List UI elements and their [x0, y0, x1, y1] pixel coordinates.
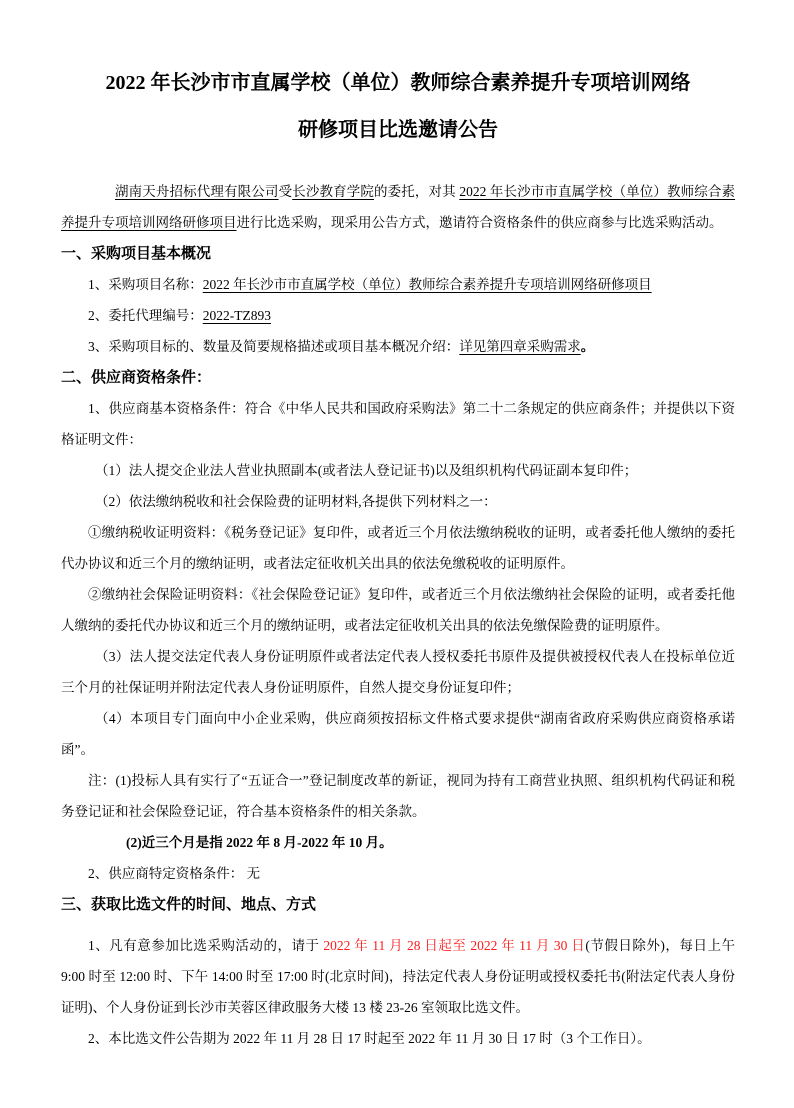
text-segment: 一、采购项目基本概况 — [61, 245, 211, 262]
text-segment: ①缴纳税收证明资料：《税务登记证》复印件，或者近三个月依法缴纳税收的证明，或者委… — [61, 525, 735, 571]
text-segment: ②缴纳社会保险证明资料：《社会保险登记证》复印件，或者近三个月依法缴纳社会保险的… — [61, 587, 735, 633]
paragraph: （1）法人提交企业法人营业执照副本(或者法人登记证书)以及组织机构代码证副本复印… — [61, 455, 735, 486]
text-segment: （4）本项目专门面向中小企业采购，供应商须按招标文件格式要求提供“湖南省政府采购… — [61, 711, 735, 757]
text-segment: （3）法人提交法定代表人身份证明原件或者法定代表人授权委托书原件及提供被授权代表… — [61, 649, 735, 695]
text-segment: 2022 年长沙市市直属学校（单位）教师综合素养提升专项培训网络 — [106, 72, 691, 94]
text-segment: 1、供应商基本资格条件：符合《中华人民共和国政府采购法》第二十二条规定的供应商条… — [61, 401, 735, 447]
text-segment: 三、获取比选文件的时间、地点、方式 — [61, 896, 316, 913]
text-segment: 二、供应商资格条件： — [61, 369, 211, 386]
document-title-line: 2022 年长沙市市直属学校（单位）教师综合素养提升专项培训网络 — [61, 60, 735, 107]
text-segment: 湖南天舟招标代理有限公司 — [115, 184, 279, 199]
paragraph: （3）法人提交法定代表人身份证明原件或者法定代表人授权委托书原件及提供被授权代表… — [61, 641, 735, 703]
text-segment: 受 — [279, 184, 293, 199]
text-segment: 。 — [581, 339, 595, 354]
section-heading: 二、供应商资格条件： — [61, 362, 735, 393]
text-segment: (2)近三个月是指 2022 年 8 月-2022 年 10 月。 — [126, 835, 393, 850]
text-segment: 2022 年长沙市市直属学校（单位）教师综合素养提升专项培训网络研修项目 — [203, 277, 652, 292]
paragraph: 3、采购项目标的、数量及简要规格描述或项目基本概况介绍：详见第四章采购需求。 — [61, 331, 735, 362]
paragraph: （4）本项目专门面向中小企业采购，供应商须按招标文件格式要求提供“湖南省政府采购… — [61, 703, 735, 765]
paragraph: 1、凡有意参加比选采购活动的，请于 2022 年 11 月 28 日起至 202… — [61, 930, 735, 1023]
text-segment: 2、供应商特定资格条件： 无 — [88, 866, 260, 881]
paragraph: 2、本比选文件公告期为 2022 年 11 月 28 日 17 时起至 2022… — [61, 1023, 735, 1054]
text-segment: 注：(1)投标人具有实行了“五证合一”登记制度改革的新证，视同为持有工商营业执照… — [61, 773, 735, 819]
text-segment: 2、委托代理编号： — [88, 308, 203, 323]
document-page: 2022 年长沙市市直属学校（单位）教师综合素养提升专项培训网络研修项目比选邀请… — [0, 0, 794, 1108]
text-segment: 1、采购项目名称： — [88, 277, 203, 292]
text-segment: （1）法人提交企业法人营业执照副本(或者法人登记证书)以及组织机构代码证副本复印… — [95, 463, 637, 478]
document-body: 2022 年长沙市市直属学校（单位）教师综合素养提升专项培训网络研修项目比选邀请… — [61, 60, 735, 1054]
paragraph: 1、采购项目名称：2022 年长沙市市直属学校（单位）教师综合素养提升专项培训网… — [61, 269, 735, 300]
paragraph: （2）依法缴纳税收和社会保险费的证明材料,各提供下列材料之一： — [61, 486, 735, 517]
text-segment: 进行比选采购，现采用公告方式，邀请符合资格条件的供应商参与比选采购活动。 — [237, 215, 723, 230]
paragraph: (2)近三个月是指 2022 年 8 月-2022 年 10 月。 — [61, 827, 735, 858]
paragraph: ②缴纳社会保险证明资料：《社会保险登记证》复印件，或者近三个月依法缴纳社会保险的… — [61, 579, 735, 641]
text-segment: 2、本比选文件公告期为 2022 年 11 月 28 日 17 时起至 2022… — [88, 1031, 651, 1046]
section-heading: 一、采购项目基本概况 — [61, 238, 735, 269]
text-segment: 的委托，对其 — [374, 184, 459, 199]
paragraph: 注：(1)投标人具有实行了“五证合一”登记制度改革的新证，视同为持有工商营业执照… — [61, 765, 735, 827]
text-segment: 2022-TZ893 — [203, 308, 271, 323]
document-title-line: 研修项目比选邀请公告 — [61, 107, 735, 154]
text-segment: 长沙教育学院 — [292, 184, 374, 199]
paragraph-spacer — [61, 154, 735, 176]
text-segment: 2022 年 11 月 28 日起至 2022 年 11 月 30 日 — [323, 938, 585, 953]
paragraph: 湖南天舟招标代理有限公司受长沙教育学院的委托，对其 2022 年长沙市市直属学校… — [61, 176, 735, 238]
paragraph-spacer — [61, 920, 735, 930]
text-segment: 1、凡有意参加比选采购活动的，请于 — [88, 938, 323, 953]
text-segment: （2）依法缴纳税收和社会保险费的证明材料,各提供下列材料之一： — [95, 494, 497, 509]
paragraph: 2、委托代理编号：2022-TZ893 — [61, 300, 735, 331]
paragraph: 1、供应商基本资格条件：符合《中华人民共和国政府采购法》第二十二条规定的供应商条… — [61, 393, 735, 455]
text-segment: 3、采购项目标的、数量及简要规格描述或项目基本概况介绍： — [88, 339, 459, 354]
paragraph: ①缴纳税收证明资料：《税务登记证》复印件，或者近三个月依法缴纳税收的证明，或者委… — [61, 517, 735, 579]
paragraph: 2、供应商特定资格条件： 无 — [61, 858, 735, 889]
text-segment: 研修项目比选邀请公告 — [298, 119, 498, 141]
section-heading: 三、获取比选文件的时间、地点、方式 — [61, 889, 735, 920]
text-segment: 详见第四章采购需求 — [459, 339, 581, 354]
